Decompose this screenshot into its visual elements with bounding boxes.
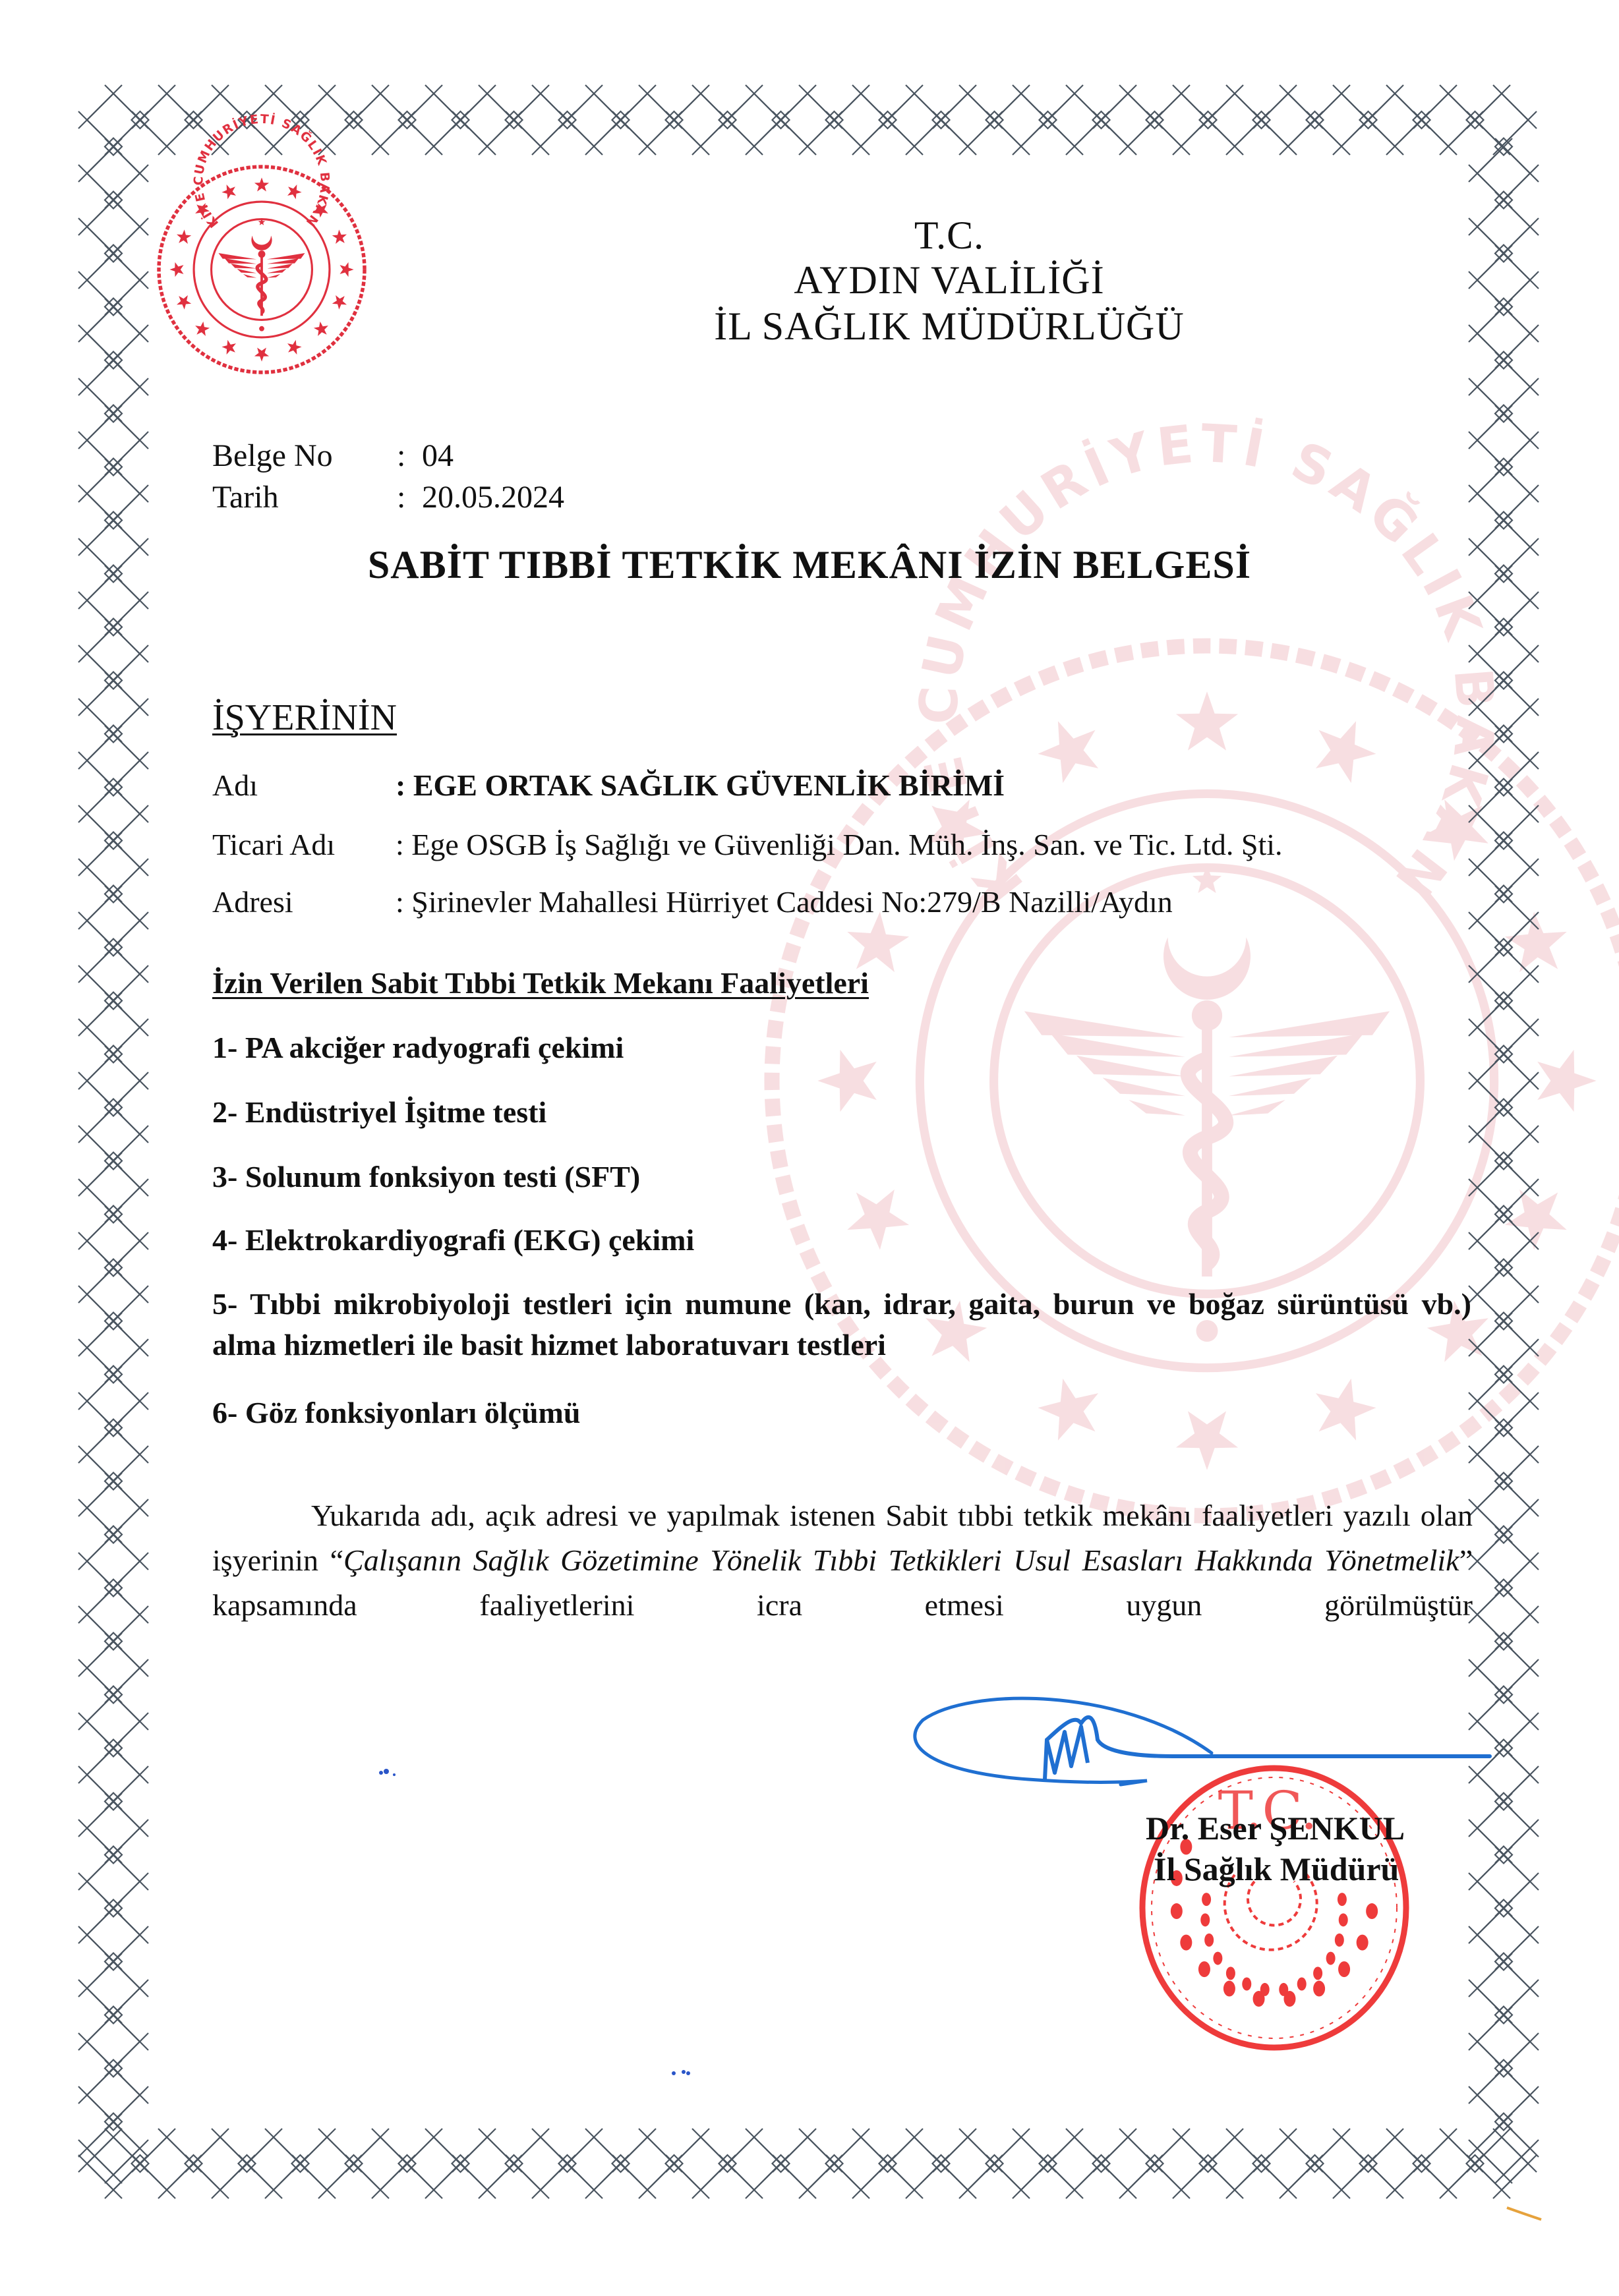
- ink-specks: [0, 0, 1619, 2296]
